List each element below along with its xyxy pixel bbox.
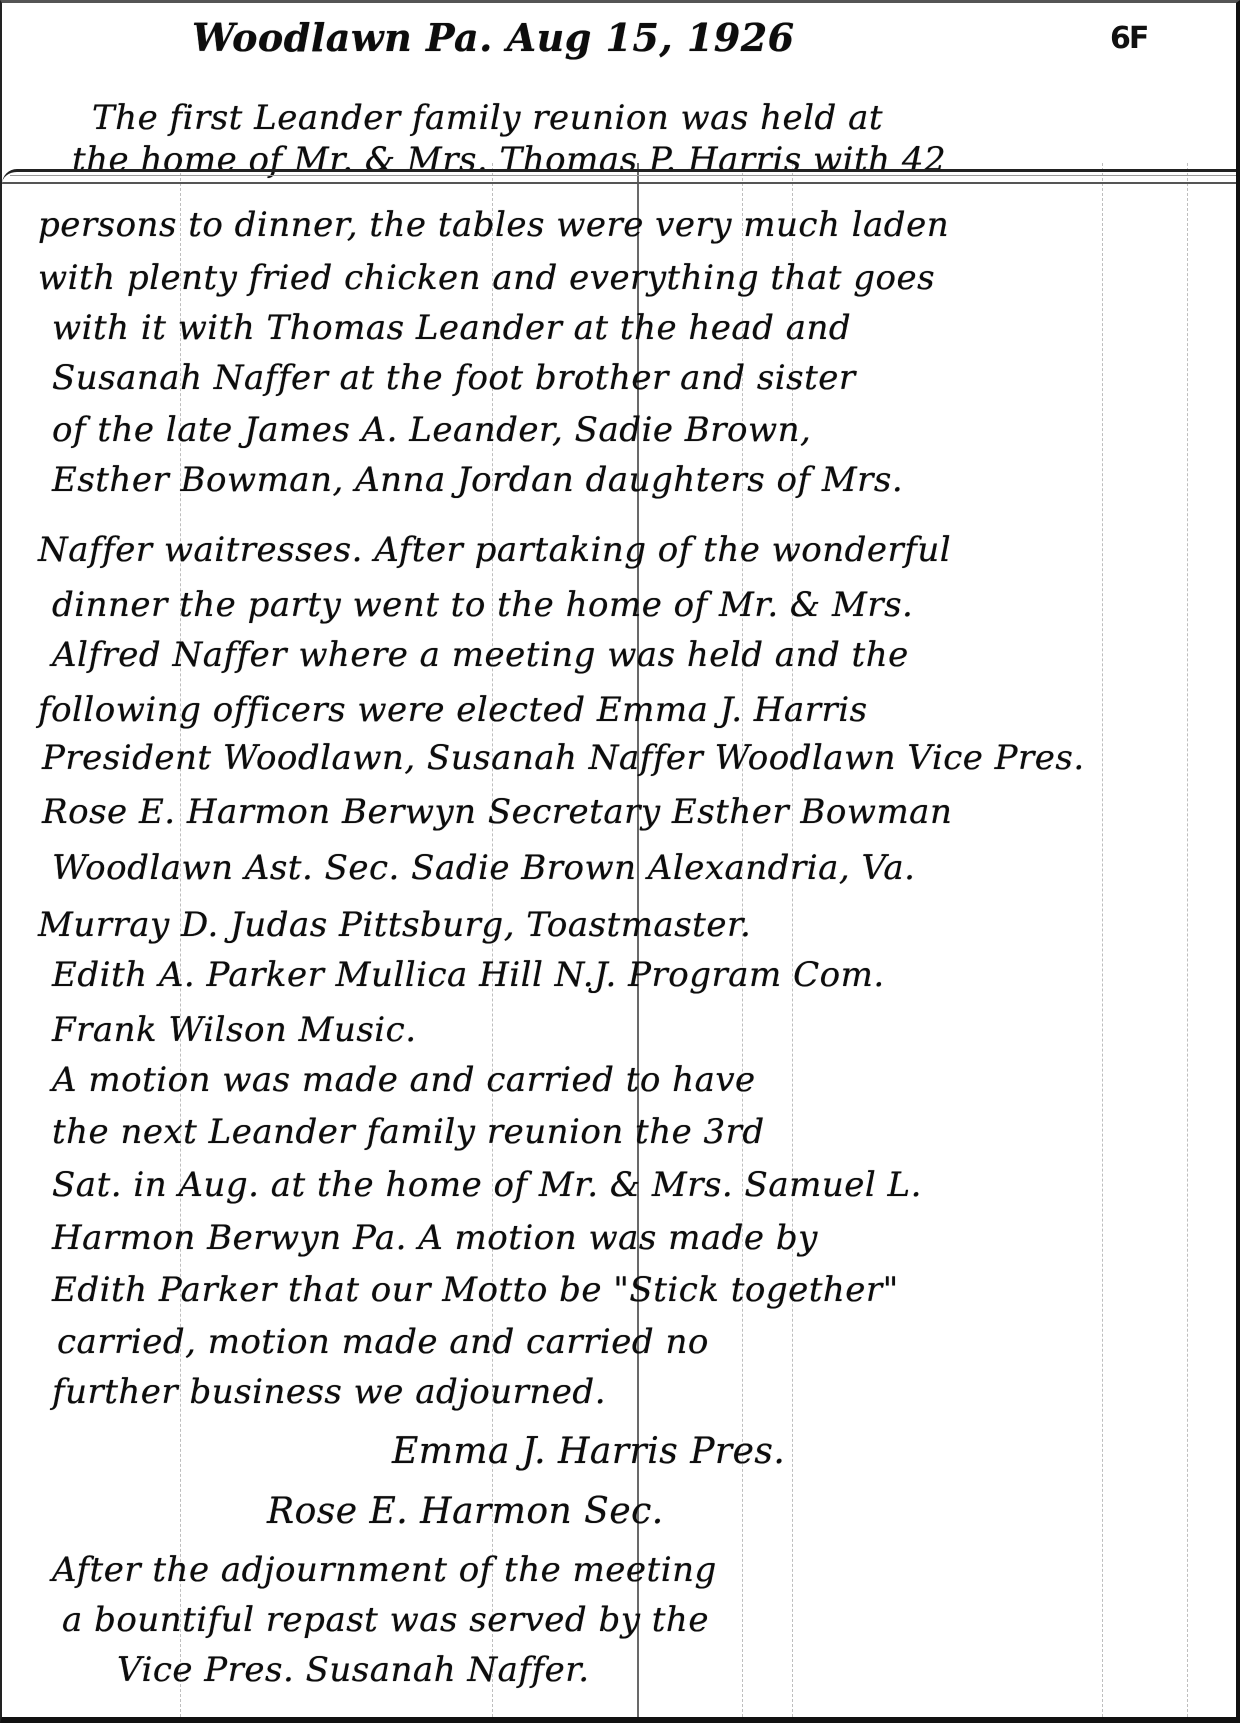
handwritten-document-page: Woodlawn Pa. Aug 15, 1926 6F The first L… bbox=[0, 0, 1240, 1723]
body-line: President Woodlawn, Susanah Naffer Woodl… bbox=[42, 741, 1236, 775]
page-corner-mark: 6F bbox=[1110, 21, 1147, 56]
body-line: Frank Wilson Music. bbox=[52, 1013, 1236, 1047]
body-line: dinner the party went to the home of Mr.… bbox=[52, 588, 1236, 622]
body-line: Naffer waitresses. After partaking of th… bbox=[38, 533, 1236, 567]
signature-president: Emma J. Harris Pres. bbox=[392, 1431, 1236, 1472]
body-line: Harmon Berwyn Pa. A motion was made by bbox=[52, 1221, 1236, 1255]
body-line: Murray D. Judas Pittsburg, Toastmaster. bbox=[38, 908, 1236, 942]
body-line: Alfred Naffer where a meeting was held a… bbox=[52, 638, 1236, 672]
body-line: carried, motion made and carried no bbox=[57, 1325, 1236, 1359]
header-double-rule bbox=[2, 169, 1236, 184]
body-line: Edith A. Parker Mullica Hill N.J. Progra… bbox=[52, 958, 1236, 992]
body-line: Esther Bowman, Anna Jordan daughters of … bbox=[52, 463, 1236, 497]
body-line: Rose E. Harmon Berwyn Secretary Esther B… bbox=[42, 795, 1236, 829]
body-line: Susanah Naffer at the foot brother and s… bbox=[52, 361, 1236, 395]
signature-secretary: Rose E. Harmon Sec. bbox=[267, 1491, 1236, 1532]
intro-line: The first Leander family reunion was hel… bbox=[92, 101, 1236, 135]
body-line: of the late James A. Leander, Sadie Brow… bbox=[52, 413, 1236, 447]
body-line: the next Leander family reunion the 3rd bbox=[52, 1115, 1236, 1149]
closing-line: a bountiful repast was served by the bbox=[62, 1603, 1236, 1637]
body-line: with plenty fried chicken and everything… bbox=[38, 261, 1236, 295]
body-line: Edith Parker that our Motto be "Stick to… bbox=[52, 1273, 1236, 1307]
body-line: Woodlawn Ast. Sec. Sadie Brown Alexandri… bbox=[52, 851, 1236, 885]
document-title: Woodlawn Pa. Aug 15, 1926 bbox=[192, 15, 1236, 60]
body-line: further business we adjourned. bbox=[52, 1375, 1236, 1409]
closing-line: After the adjournment of the meeting bbox=[52, 1553, 1236, 1587]
body-line: with it with Thomas Leander at the head … bbox=[52, 311, 1236, 345]
body-line: following officers were elected Emma J. … bbox=[38, 693, 1236, 727]
closing-line: Vice Pres. Susanah Naffer. bbox=[117, 1653, 1236, 1687]
body-line: persons to dinner, the tables were very … bbox=[38, 208, 1236, 242]
body-line: Sat. in Aug. at the home of Mr. & Mrs. S… bbox=[52, 1168, 1236, 1202]
body-line: A motion was made and carried to have bbox=[52, 1063, 1236, 1097]
